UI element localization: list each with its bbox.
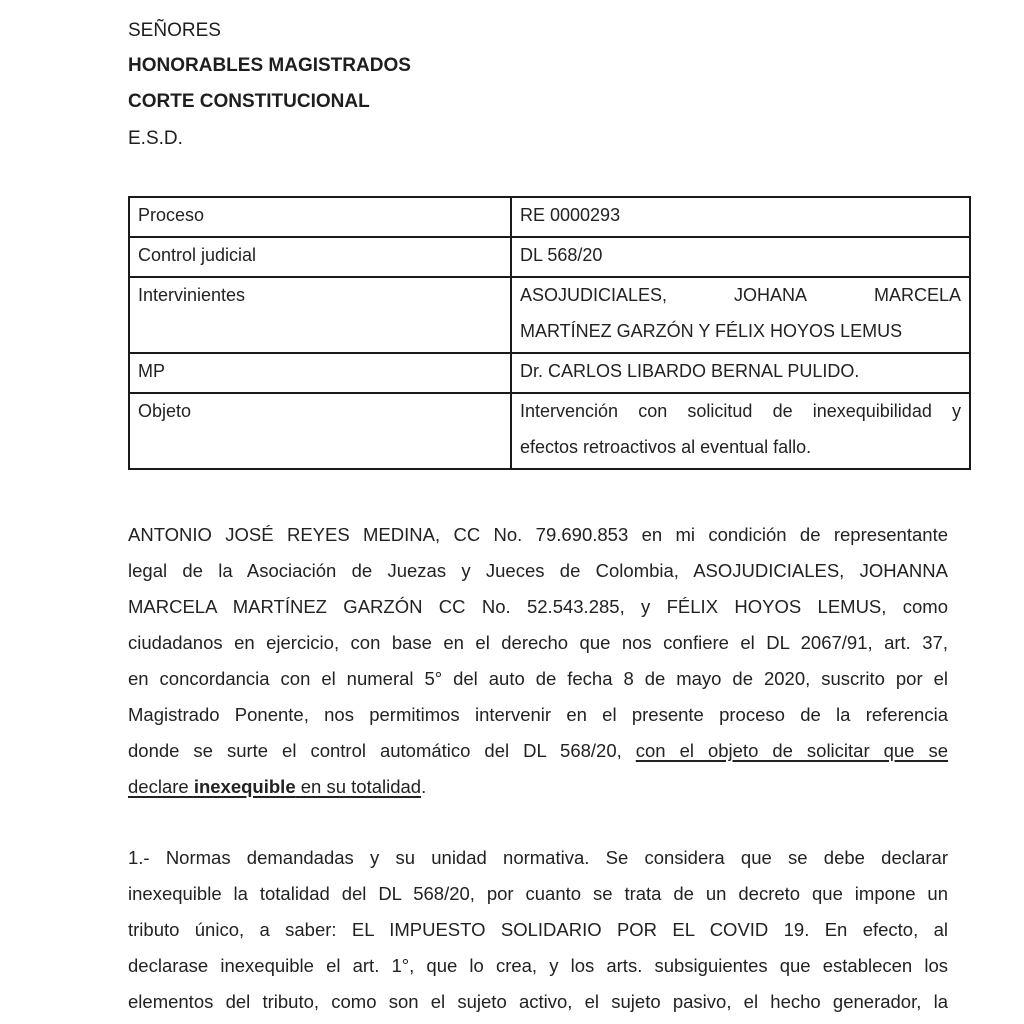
request-underlined-text: declare inexequible en su totalidad <box>128 776 421 797</box>
table-label: Proceso <box>129 197 511 237</box>
request-underlined-text: con el objeto de solicitar que se <box>636 740 948 761</box>
inexequible-bold-text: inexequible <box>194 776 296 797</box>
table-value: ASOJUDICIALES,JOHANAMARCELA MARTÍNEZ GAR… <box>511 277 970 353</box>
paragraph-line: elementos del tributo, como son el sujet… <box>128 984 948 1020</box>
paragraph-line: declarase inexequible el art. 1°, que lo… <box>128 948 948 984</box>
table-row: MP Dr. CARLOS LIBARDO BERNAL PULIDO. <box>129 353 970 393</box>
table-label: MP <box>129 353 511 393</box>
paragraph-line: tributo único, a saber: EL IMPUESTO SOLI… <box>128 912 948 948</box>
intervinientes-line-1: ASOJUDICIALES,JOHANAMARCELA <box>520 280 961 316</box>
addressee-line-senores: SEÑORES <box>128 20 221 42</box>
paragraph-line: MARCELA MARTÍNEZ GARZÓN CC No. 52.543.28… <box>128 589 948 625</box>
paragraph-line: ANTONIO JOSÉ REYES MEDINA, CC No. 79.690… <box>128 517 948 553</box>
addressee-line-corte: CORTE CONSTITUCIONAL <box>128 91 370 113</box>
table-value: Intervención con solicitud de inexequibi… <box>511 393 970 469</box>
table-row: Proceso RE 0000293 <box>129 197 970 237</box>
paragraph-line: inexequible la totalidad del DL 568/20, … <box>128 876 948 912</box>
table-value: RE 0000293 <box>511 197 970 237</box>
paragraph-line: declare inexequible en su totalidad. <box>128 769 948 805</box>
paragraph-line: legal de la Asociación de Juezas y Juece… <box>128 553 948 589</box>
paragraph-line: ciudadanos en ejercicio, con base en el … <box>128 625 948 661</box>
table-value: DL 568/20 <box>511 237 970 277</box>
reference-table: Proceso RE 0000293 Control judicial DL 5… <box>128 196 971 470</box>
table-value: Dr. CARLOS LIBARDO BERNAL PULIDO. <box>511 353 970 393</box>
table-row: Control judicial DL 568/20 <box>129 237 970 277</box>
table-label: Control judicial <box>129 237 511 277</box>
paragraph-line: 1.- Normas demandadas y su unidad normat… <box>128 840 948 876</box>
addressee-line-magistrados: HONORABLES MAGISTRADOS <box>128 55 411 77</box>
table-row: Intervinientes ASOJUDICIALES,JOHANAMARCE… <box>129 277 970 353</box>
table-label: Objeto <box>129 393 511 469</box>
paragraph-line: Magistrado Ponente, nos permitimos inter… <box>128 697 948 733</box>
table-label: Intervinientes <box>129 277 511 353</box>
normas-demandadas-paragraph: 1.- Normas demandadas y su unidad normat… <box>128 840 948 1020</box>
addressee-line-esd: E.S.D. <box>128 128 183 150</box>
paragraph-line: en concordancia con el numeral 5° del au… <box>128 661 948 697</box>
intervention-paragraph: ANTONIO JOSÉ REYES MEDINA, CC No. 79.690… <box>128 517 948 805</box>
paragraph-line: donde se surte el control automático del… <box>128 733 948 769</box>
table-row: Objeto Intervención con solicitud de ine… <box>129 393 970 469</box>
